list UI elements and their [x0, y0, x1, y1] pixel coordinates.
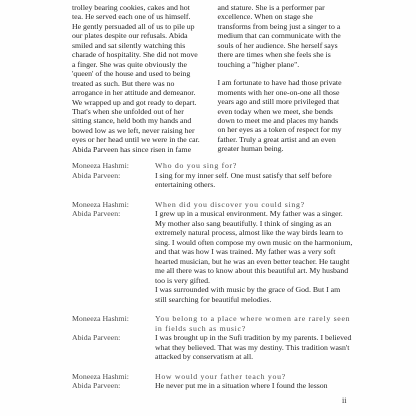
interviewer-name: Moneeza Hashmi:: [72, 200, 155, 210]
intro-right-paragraph-1: and stature. She is a performer par exce…: [218, 3, 347, 69]
question-text: Who do you sing for?: [155, 161, 353, 171]
qa-block-4: Moneeza Hashmi: How would your father te…: [72, 372, 353, 391]
question-text: You belong to a place where women are ra…: [155, 314, 353, 333]
page-number: ii: [342, 396, 346, 405]
intro-left-column: trolley bearing cookies, cakes and hot t…: [72, 3, 201, 154]
qa-block-2: Moneeza Hashmi: When did you discover yo…: [72, 200, 353, 305]
interviewer-name: Moneeza Hashmi:: [72, 372, 155, 382]
qa-block-1: Moneeza Hashmi: Who do you sing for? Abi…: [72, 161, 353, 190]
intro-right-paragraph-2: I am fortunate to have had those private…: [218, 78, 347, 154]
intro-left-paragraph: trolley bearing cookies, cakes and hot t…: [72, 3, 201, 154]
answer-text: I was brought up in the Sufi tradition b…: [155, 333, 353, 362]
question-text: How would your father teach you?: [155, 372, 353, 382]
interviewee-name: Abida Parveen:: [72, 171, 155, 190]
qa-block-3: Moneeza Hashmi: You belong to a place wh…: [72, 314, 353, 362]
answer-text: I grew up in a musical environment. My f…: [155, 209, 353, 304]
answer-text: I sing for my inner self. One must satis…: [155, 171, 353, 190]
document-page: trolley bearing cookies, cakes and hot t…: [0, 0, 416, 416]
intro-columns: trolley bearing cookies, cakes and hot t…: [72, 3, 346, 154]
question-text: When did you discover you could sing?: [155, 200, 353, 210]
interviewee-name: Abida Parveen:: [72, 209, 155, 304]
interviewee-name: Abida Parveen:: [72, 381, 155, 391]
interviewee-name: Abida Parveen:: [72, 333, 155, 362]
answer-text: He never put me in a situation where I f…: [155, 381, 353, 391]
interview-section: Moneeza Hashmi: Who do you sing for? Abi…: [72, 161, 353, 401]
interviewer-name: Moneeza Hashmi:: [72, 161, 155, 171]
intro-right-column: and stature. She is a performer par exce…: [218, 3, 347, 154]
interviewer-name: Moneeza Hashmi:: [72, 314, 155, 333]
